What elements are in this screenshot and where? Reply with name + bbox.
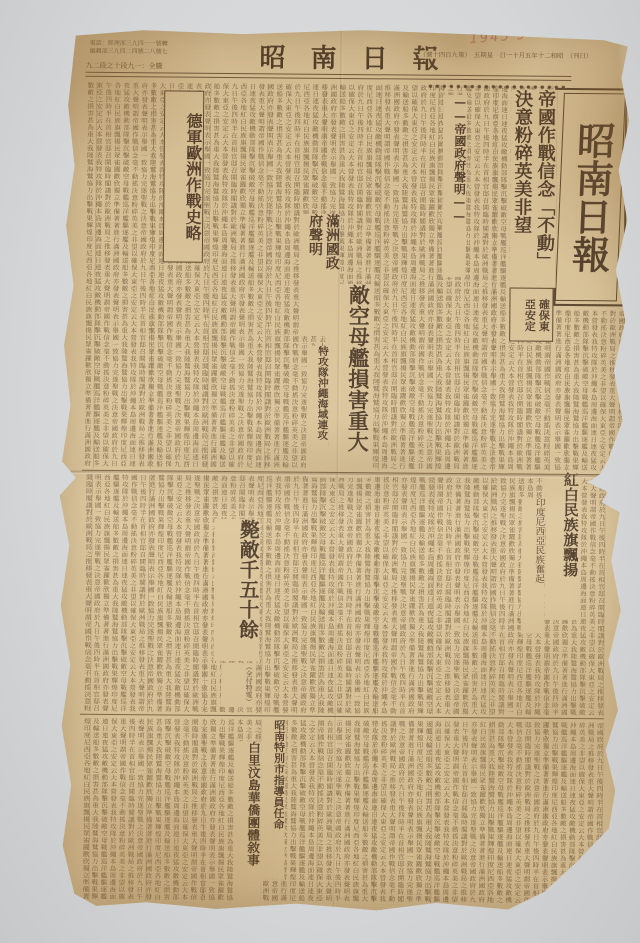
headline-enemy-losses-1050: 斃敵千五十餘 bbox=[213, 519, 260, 661]
headline-syonan-appointment: 昭南特別市指導員任命 bbox=[260, 719, 285, 879]
newspaper-sheet: 電話：經理部三九四一一號轉 編輯部三九四二四號二八號七 九二段之十段九一：全騰 … bbox=[56, 26, 632, 913]
masthead-title: 昭 南 日 報 bbox=[259, 37, 439, 75]
masthead-phone-note: 電話：經理部三九四一一號轉 編輯部三九四二四號二八號七 bbox=[90, 40, 210, 57]
headline-imperial-resolve: 帝國作戰信念「不動」 決意粉碎英美非望 bbox=[510, 89, 558, 287]
pencil-annotation: 1945 5 bbox=[469, 27, 541, 54]
nameplate-box: 昭南日報 bbox=[553, 88, 627, 307]
body-text-block-bottom: 帝國政府於九日午後四時半在首相官邸召開臨時閣議對於歐洲戰局之推移發表重大聲明謂帝… bbox=[80, 718, 604, 905]
body-text-block-right: 帝國政府於九日午後四時半在首相官邸召開臨時閣議對於歐洲戰局之推移發表重大聲明謂帝… bbox=[552, 310, 625, 473]
headline-belitung-chinese-association: 白里汶島華僑團體敘事 bbox=[234, 741, 261, 911]
headline-german-european-campaign: 德軍歐洲作戰史略 bbox=[163, 90, 204, 262]
masthead-price-note: 九二段之十段九一：全騰 bbox=[85, 62, 235, 72]
headline-enemy-carrier-damage: 敵空母艦損害重大 bbox=[328, 284, 372, 478]
photo-background: 電話：經理部三九四一一號轉 編輯部三九四二四號二八號七 九二段之十段九一：全騰 … bbox=[0, 0, 640, 943]
masthead-rule bbox=[85, 72, 571, 81]
nameplate-title: 昭南日報 bbox=[555, 93, 626, 301]
subheadline-tokko-okinawa: 特攻隊沖繩海域連攻 bbox=[306, 346, 329, 478]
headline-red-white-flag: 紅白民族旗飄揚 bbox=[545, 472, 580, 620]
headline-downed-attribution: （全付特電） bbox=[221, 663, 253, 707]
headline-imperial-government-statement: ——帝國政府聲明—— bbox=[442, 95, 468, 277]
slogan-box-secure-east-asia: 確保東 亞安定 bbox=[509, 287, 553, 341]
masthead-date-line: （號十四百九第） 五期星 日一十月五年十二和昭 （刊日） bbox=[420, 51, 576, 60]
subheadline-indonesia-uprising: 印度尼西亞民族奮起 bbox=[521, 498, 545, 634]
